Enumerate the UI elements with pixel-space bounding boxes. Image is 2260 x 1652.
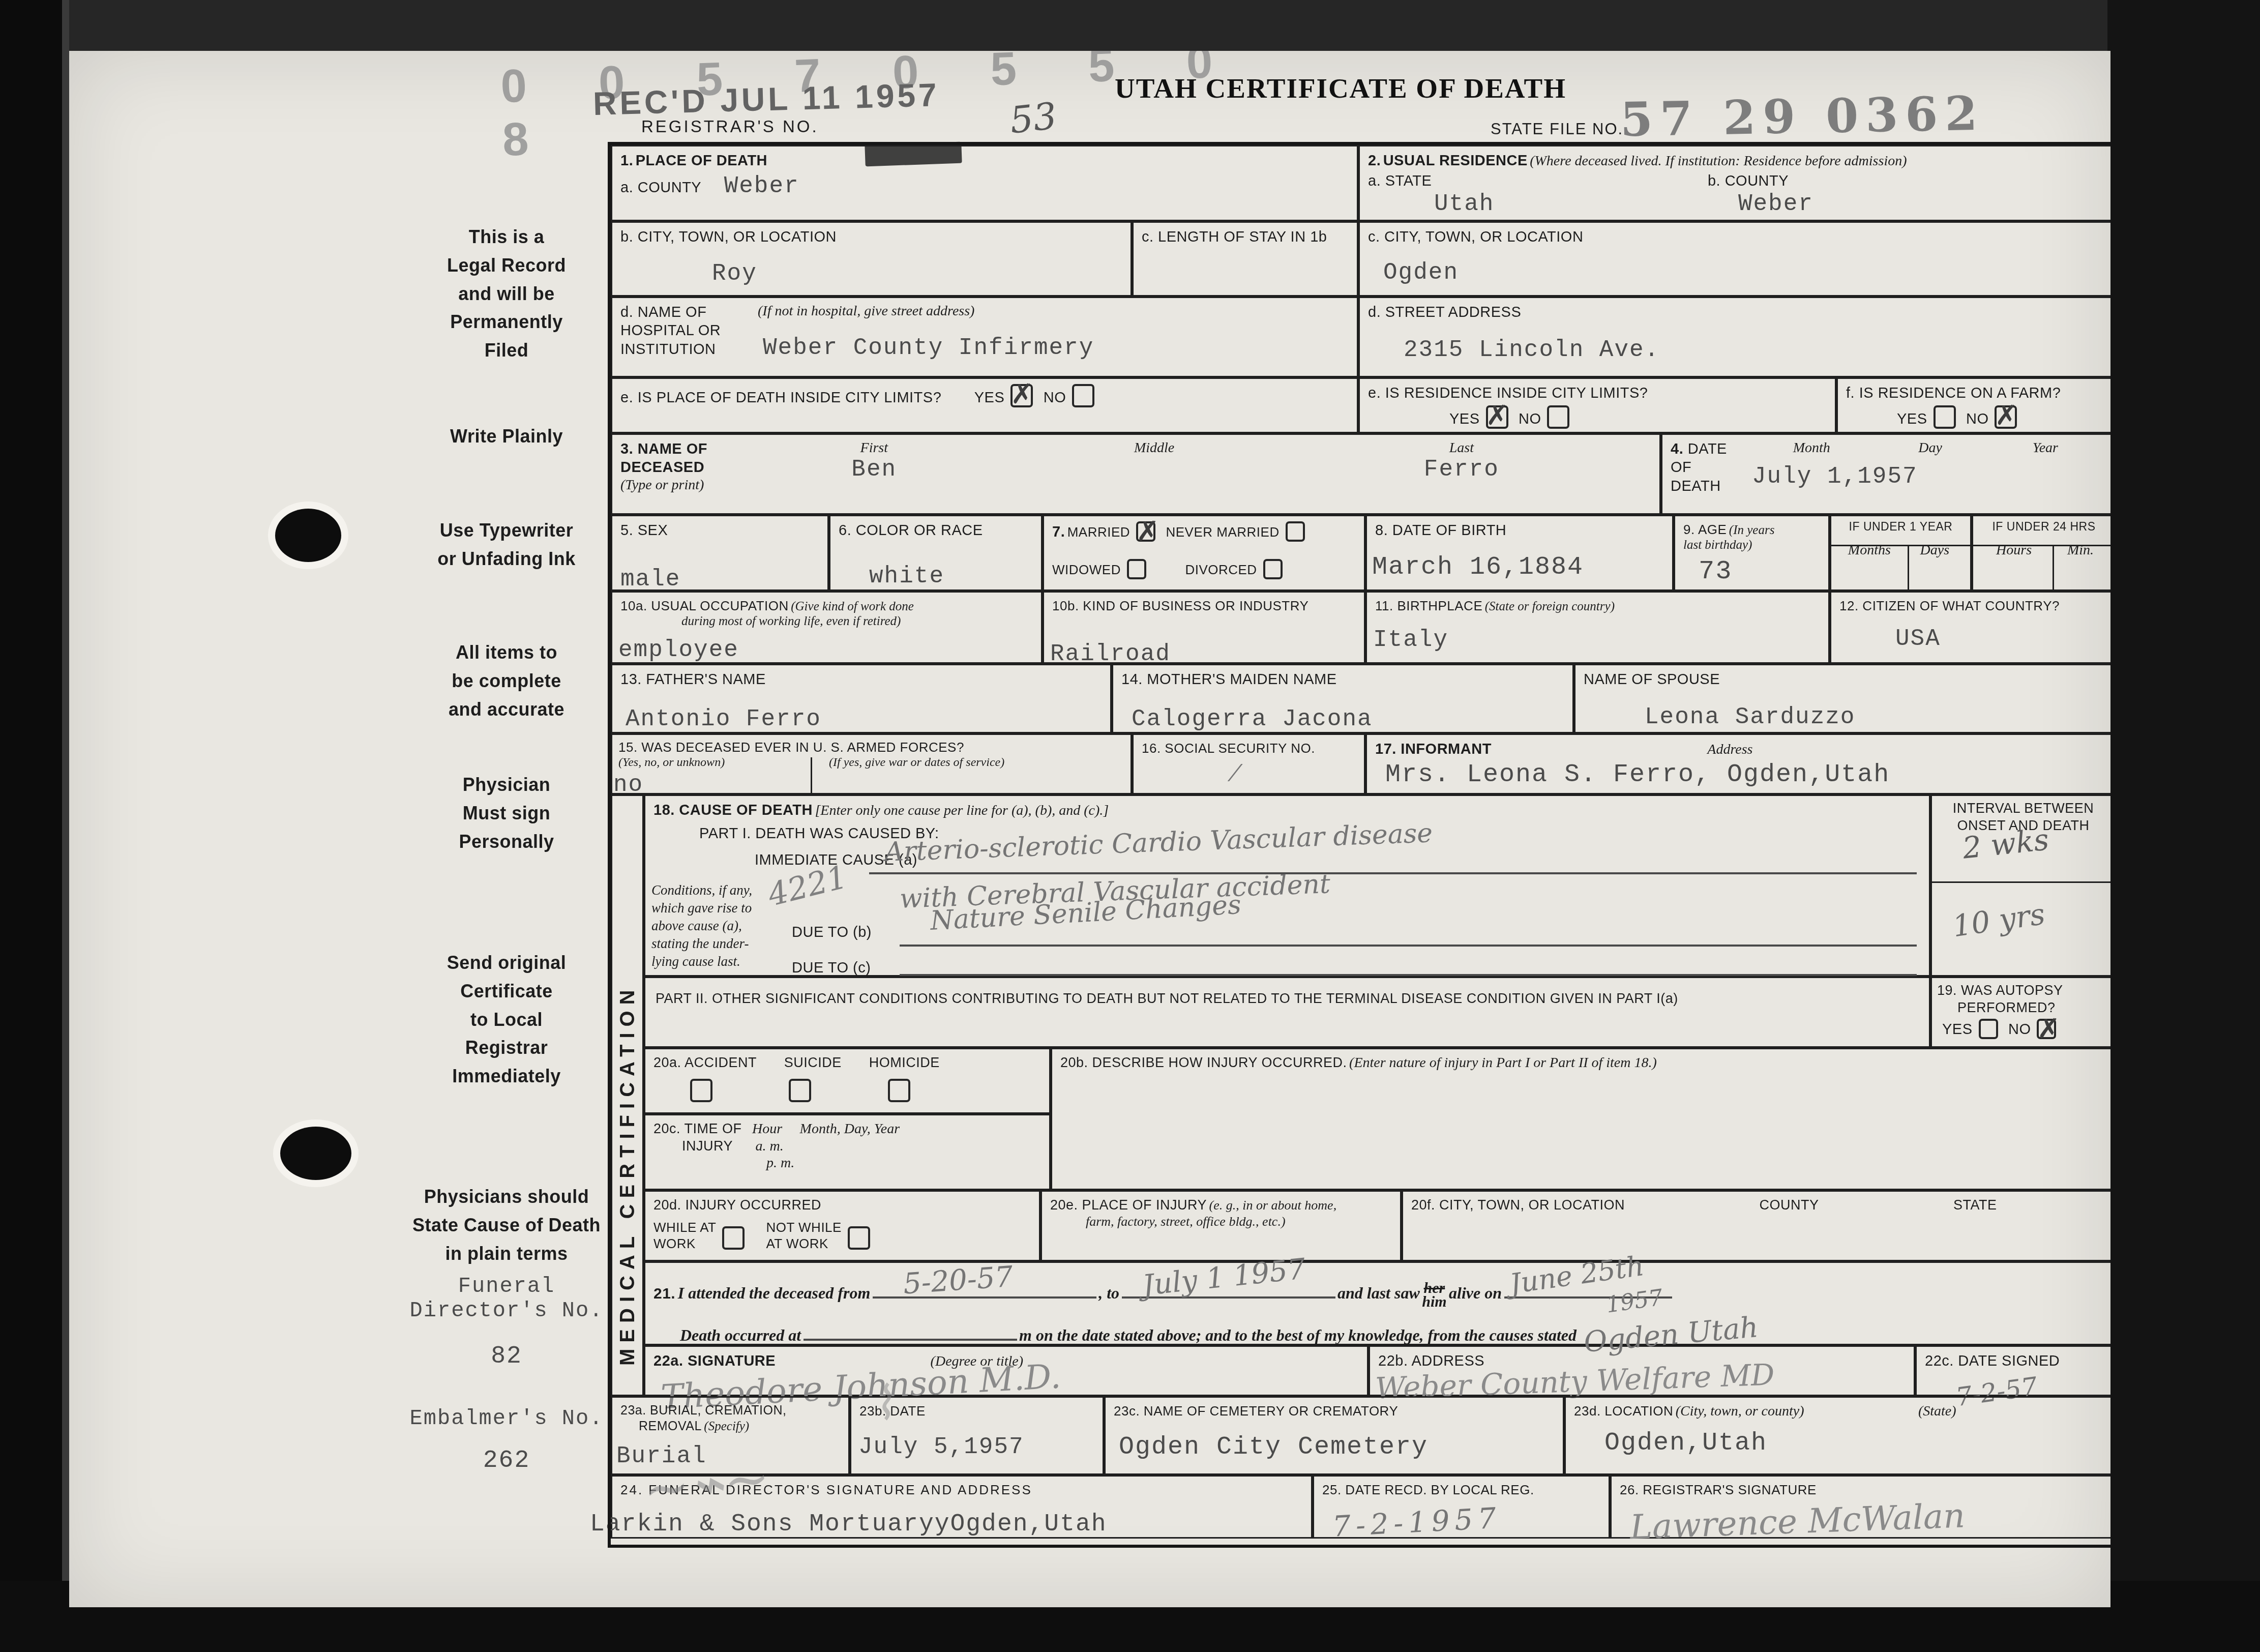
field-23d-value: Ogden,Utah [1604,1429,2106,1458]
year-label: Year [1984,440,2106,456]
yes-label: YES [1449,411,1480,427]
field-2f-yes-checkbox [1934,405,1956,429]
field-20e-label: 20e. PLACE OF INJURY [1050,1197,1207,1213]
field-20d-injury-occurred: 20d. INJURY OCCURRED WHILE ATWORK NOT WH… [644,1190,1040,1261]
field-20c-time-of-injury: 20c. TIME OF Hour Month, Day, Year INJUR… [644,1114,1051,1190]
field-4-label: DEATH [1671,478,1721,494]
suicide-label: SUICIDE [784,1055,842,1070]
scanned-death-certificate: 0 0 5 7 0 5 5 0 8 REC'D JUL 11 1957 REGI… [0,0,2260,1652]
scan-right-black-band [2107,0,2260,1652]
field-23d-note: (City, town, or county) [1676,1403,1804,1419]
field-21-attended: 21. I attended the deceased from 5-20-57… [644,1261,2110,1345]
field-5-value: male [620,566,819,593]
medical-certification-strip: MEDICAL CERTIFICATION [611,794,644,1396]
margin-line: Personally [364,828,649,856]
field-1a-label: a. COUNTY [620,180,701,196]
margin-line: Funeral [364,1274,649,1299]
last-label: Last [1449,440,1474,456]
margin-line: and accurate [364,695,649,724]
field-20e-note: farm, factory, street, office bldg., etc… [1086,1214,1286,1229]
not-while-at-work-label: AT WORK [766,1236,828,1251]
field-1-title: PLACE OF DEATH [636,153,767,169]
conditions-note: stating the under- [651,935,752,953]
field-20d-label: 20d. INJURY OCCURRED [653,1197,821,1213]
field-14-mother: 14. MOTHER'S MAIDEN NAME Calogerra Jacon… [1112,664,1574,733]
margin-line: Must sign [364,799,649,828]
field-9-label: 9. AGE [1683,522,1727,537]
field-25-date-received: 25. DATE RECD. BY LOCAL REG. 7-2-1957 [1313,1475,1610,1539]
interval-label: INTERVAL BETWEEN [1937,800,2109,817]
field-8-date-of-birth: 8. DATE OF BIRTH March 16,1884 [1365,515,1674,591]
due-to-c-label: DUE TO (c) [792,959,871,977]
accident-checkbox [690,1079,712,1102]
margin-line: All items to [364,638,649,667]
margin-line: This is a [364,223,649,251]
county-label: COUNTY [1760,1197,1819,1213]
field-1b-value: Roy [712,260,1122,287]
scan-left-black-band [0,0,62,1652]
conditions-note: above cause (a), [651,917,752,935]
field-11-note: (State or foreign country) [1485,600,1615,613]
field-1a-value: Weber [724,173,799,199]
middle-label: Middle [1134,440,1174,456]
margin-line: Permanently [364,308,649,336]
field-number: 4. [1671,441,1683,457]
specify-note: (Specify) [704,1420,749,1433]
accident-label: ACCIDENT [685,1055,757,1070]
field-8-label: 8. DATE OF BIRTH [1375,522,1506,539]
married-checkbox [1136,521,1155,542]
field-1c-length-of-stay: c. LENGTH OF STAY IN 1b [1132,221,1358,297]
field-1e-city-limits: e. IS PLACE OF DEATH INSIDE CITY LIMITS?… [611,377,1358,433]
margin-line: Certificate [364,977,649,1006]
punch-hole-top [275,509,341,562]
yes-label: YES [1897,411,1927,427]
field-3-label: NAME OF [638,441,707,457]
field-20f-label: 20f. CITY, TOWN, OR LOCATION [1411,1197,1625,1213]
widowed-checkbox [1127,559,1146,579]
margin-note-physician-sign: Physician Must sign Personally [364,771,649,855]
field-20c-label2: INJURY [682,1138,733,1154]
field-19-label: 19. WAS AUTOPSY [1937,983,2063,998]
field-2d-value: 2315 Lincoln Ave. [1404,337,2106,363]
margin-line: Filed [364,336,649,365]
scan-left-edge-line [62,0,69,1652]
death-occurred-text2: m on the date stated above; and to the b… [1019,1326,1577,1344]
field-23c-label: 23c. NAME OF CEMETERY OR CREMATORY [1114,1403,1398,1419]
field-2c-label: c. CITY, TOWN, OR LOCATION [1368,229,1583,245]
field-3-last-value: Ferro [1424,456,1499,483]
field-1e-label: e. IS PLACE OF DEATH INSIDE CITY LIMITS? [620,390,941,406]
due-to-b-label: DUE TO (b) [792,923,872,941]
field-15-note2: (If yes, give war or dates of service) [829,756,1004,769]
field-3-label: DECEASED [620,458,748,477]
margin-note-legal-record: This is a Legal Record and will be Perma… [364,223,649,365]
margin-note-write-plainly: Write Plainly [364,425,649,448]
field-12-label: 12. CITIZEN OF WHAT COUNTRY? [1839,598,2060,613]
him-word: him [1422,1293,1446,1310]
field-2f-farm: f. IS RESIDENCE ON A FARM? YES NO [1836,377,2110,433]
widowed-label: WIDOWED [1052,562,1121,577]
field-11-value: Italy [1373,627,1820,653]
field-1a-county: 1. PLACE OF DEATH a. COUNTY Weber [611,145,1358,221]
field-2f-no-checkbox [1995,405,2017,429]
field-17-informant: 17. INFORMANT Address Mrs. Leona S. Ferr… [1365,733,2110,794]
margin-line: Director's No. [364,1299,649,1323]
field-10b-label: 10b. KIND OF BUSINESS OR INDUSTRY [1052,598,1309,613]
field-22c-date-signed: 22c. DATE SIGNED 7-2-57 [1915,1345,2110,1396]
page-title: UTAH CERTIFICATE OF DEATH [1086,72,1595,104]
field-15-note1: (Yes, no, or unknown) [618,756,725,769]
field-number: 3. [620,441,633,457]
field-11-birthplace: 11. BIRTHPLACE (State or foreign country… [1365,591,1830,664]
field-4-date-of-death: 4. DATE OF DEATH Month Day Year July 1,1… [1661,433,2110,515]
margin-line: and will be [364,280,649,308]
field-23d-label: 23d. LOCATION [1574,1403,1673,1419]
field-19-autopsy: 19. WAS AUTOPSY PERFORMED? YES NO [1930,977,2110,1048]
field-1d-label: INSTITUTION [620,340,742,359]
field-5-sex: 5. SEX male [611,515,829,591]
field-20f-city-county-state: 20f. CITY, TOWN, OR LOCATION COUNTY STAT… [1402,1190,2110,1261]
field-2c-value: Ogden [1383,259,2106,286]
field-26-label: 26. REGISTRAR'S SIGNATURE [1620,1482,1817,1497]
field-15-armed-forces: 15. WAS DECEASED EVER IN U. S. ARMED FOR… [611,733,1132,794]
attended-text: , to [1098,1284,1119,1302]
margin-line: Send original [364,949,649,977]
field-9-under-24-hrs: IF UNDER 24 HRS Hours Min. [1972,515,2110,591]
no-label: NO [2008,1021,2031,1038]
field-23a-label: 23a. BURIAL, CREMATION, [620,1403,786,1418]
no-label: NO [1966,411,1989,427]
field-9-age: 9. AGE (In years last birthday) 73 [1674,515,1830,591]
field-2a-value: Utah [1434,191,1494,217]
field-16-label: 16. SOCIAL SECURITY NO. [1142,741,1315,756]
field-number: 1. [620,153,633,169]
field-15-value: no [613,772,817,798]
pm-label: p. m. [766,1155,794,1171]
field-2c-city: c. CITY, TOWN, OR LOCATION Ogden [1358,221,2110,297]
field-2e-yes-checkbox [1486,405,1508,429]
field-2f-label: f. IS RESIDENCE ON A FARM? [1846,385,2061,401]
field-20e-place-of-injury: 20e. PLACE OF INJURY (e. g., in or about… [1040,1190,1402,1261]
field-number: 2. [1368,153,1381,169]
not-while-at-work-label: NOT WHILE [766,1220,841,1235]
field-9-value: 73 [1699,556,1820,586]
field-6-value: white [869,563,1033,589]
field-15-label: 15. WAS DECEASED EVER IN U. S. ARMED FOR… [618,740,964,755]
field-23d-location: 23d. LOCATION (City, town, or county) (S… [1564,1396,2110,1475]
medical-certification-label: MEDICAL CERTIFICATION [616,827,639,1366]
field-2e-no-checkbox [1547,405,1569,429]
registrars-no-value: 53 [1008,94,1059,141]
field-18-cause-of-death: 18. CAUSE OF DEATH [Enter only one cause… [644,794,1930,977]
while-at-work-label: WORK [653,1236,696,1251]
field-2-title: USUAL RESIDENCE [1383,153,1528,169]
margin-line: Physician [364,771,649,799]
field-5-label: 5. SEX [620,522,668,539]
field-10a-occupation: 10a. USUAL OCCUPATION (Give kind of work… [611,591,1043,664]
margin-line: to Local [364,1006,649,1034]
field-number: 7. [1052,524,1065,540]
field-19-no-checkbox [2037,1019,2056,1039]
hour-label: Hour [752,1121,782,1137]
field-1d-hospital: d. NAME OF HOSPITAL OR INSTITUTION (If n… [611,297,1358,377]
field-3-name-of-deceased: 3. NAME OF DECEASED (Type or print) Firs… [611,433,1661,515]
yes-label: YES [1942,1021,1973,1038]
field-7-marital-status: 7. MARRIED NEVER MARRIED WIDOWED DIVORCE… [1043,515,1365,591]
field-18-note: [Enter only one cause per line for (a), … [815,803,1109,818]
no-label: NO [1044,390,1066,406]
field-8-value: March 16,1884 [1372,553,1664,582]
last-seen-year: 1957 [1604,1284,1664,1318]
divorced-label: DIVORCED [1185,562,1257,577]
field-19-yes-checkbox [1979,1019,1998,1039]
field-2d-street: d. STREET ADDRESS 2315 Lincoln Ave. [1358,297,2110,377]
field-22c-label: 22c. DATE SIGNED [1925,1353,2060,1369]
field-3-first-value: Ben [851,456,897,483]
field-18-label: 18. CAUSE OF DEATH [653,802,813,818]
field-12-value: USA [1895,626,2106,652]
field-25-value: 7-2-1957 [1332,1496,1601,1543]
field-1d-label: d. NAME OF [620,303,742,321]
registrar-signature-value: Lawrence McWalan [1629,1491,2107,1547]
field-spouse: NAME OF SPOUSE Leona Sarduzzo [1574,664,2110,733]
field-3-note: (Type or print) [620,477,748,493]
field-4-value: July 1,1957 [1752,463,2106,490]
field-4-label: OF [1671,459,1691,476]
field-6-color-race: 6. COLOR OR RACE white [829,515,1043,591]
part2-conditions: PART II. OTHER SIGNIFICANT CONDITIONS CO… [644,977,1930,1048]
field-14-value: Calogerra Jacona [1132,706,1564,732]
field-13-label: 13. FATHER'S NAME [620,671,766,688]
field-23b-date: 23b. DATE July 5,1957 ⌇ [850,1396,1104,1475]
state-note: (State) [1918,1403,1956,1419]
margin-line: Immediately [364,1062,649,1090]
field-1d-value: Weber County Infirmery [763,335,1349,361]
conditions-note: lying cause last. [651,953,752,970]
first-label: First [860,440,888,456]
no-label: NO [1519,411,1541,427]
address-label: Address [1707,742,1752,757]
state-label: STATE [1953,1197,1997,1213]
field-23c-cemetery: 23c. NAME OF CEMETERY OR CREMATORY Ogden… [1104,1396,1564,1475]
field-17-label: 17. INFORMANT [1375,741,1492,757]
field-20b-label: 20b. DESCRIBE HOW INJURY OCCURRED. [1060,1055,1347,1070]
registrars-no-label: REGISTRAR'S NO. [641,116,819,137]
never-married-checkbox [1286,521,1305,542]
attended-text: and last saw [1337,1284,1420,1302]
state-file-no-label: STATE FILE NO. [1491,120,1623,139]
state-file-no-value: 57 29 0362 [1620,86,1985,147]
margin-note-complete: All items to be complete and accurate [364,638,649,723]
interval-column: INTERVAL BETWEEN ONSET AND DEATH 2 wks 1… [1930,794,2110,977]
funeral-directors-no-value: 82 [364,1343,649,1370]
field-22b-address: 22b. ADDRESS Ogden Utah Weber County Wel… [1369,1345,1915,1396]
field-10b-industry: 10b. KIND OF BUSINESS OR INDUSTRY Railro… [1043,591,1365,664]
field-20a-accident-suicide-homicide: 20a. ACCIDENT SUICIDE HOMICIDE [644,1048,1051,1114]
field-16-ssn: 16. SOCIAL SECURITY NO. ⁄ [1132,733,1365,794]
field-1b-label: b. CITY, TOWN, OR LOCATION [620,229,837,245]
margin-line: be complete [364,667,649,695]
field-23a-label2: REMOVAL [639,1419,702,1433]
certificate-paper: 0 0 5 7 0 5 5 0 8 REC'D JUL 11 1957 REGI… [69,51,2110,1607]
field-9-note: last birthday) [1683,538,1752,552]
field-22a-label: 22a. SIGNATURE [653,1353,776,1369]
field-10a-label: 10a. USUAL OCCUPATION [620,598,789,613]
field-9-note: (In years [1729,523,1775,537]
part2-label: PART II. OTHER SIGNIFICANT CONDITIONS CO… [656,990,1921,1008]
field-2e-label: e. IS RESIDENCE INSIDE CITY LIMITS? [1368,385,1648,401]
suicide-checkbox [789,1079,811,1102]
field-10b-value: Railroad [1050,641,1356,667]
field-2b-label: b. COUNTY [1708,173,1789,189]
field-2-residence: 2. USUAL RESIDENCE (Where deceased lived… [1358,145,2110,221]
field-23b-value: July 5,1957 [858,1434,1094,1460]
conditions-note: Conditions, if any, [651,881,752,899]
field-14-label: 14. MOTHER'S MAIDEN NAME [1121,671,1337,688]
spouse-value: Leona Sarduzzo [1645,704,2106,730]
death-occurred-text: Death occurred at [680,1326,801,1344]
not-while-at-work-checkbox [848,1226,870,1250]
field-23c-value: Ogden City Cemetery [1119,1433,1555,1462]
funeral-directors-no-label: Funeral Director's No. [364,1274,649,1323]
day-label: Day [1877,440,1984,456]
under-1-year-label: IF UNDER 1 YEAR [1835,519,1966,534]
month-label: Month [1747,440,1877,456]
while-at-work-checkbox [722,1226,745,1250]
margin-note-send-original: Send original Certificate to Local Regis… [364,949,649,1090]
field-22b-label: 22b. ADDRESS [1378,1353,1484,1369]
field-24-funeral-director: 24. FUNERAL DIRECTOR'S SIGNATURE AND ADD… [611,1475,1313,1539]
margin-line: Legal Record [364,251,649,280]
field-1b-city: b. CITY, TOWN, OR LOCATION Roy [611,221,1132,297]
divorced-checkbox [1263,559,1283,579]
am-label: a. m. [755,1138,783,1154]
punch-hole-bottom [280,1127,351,1180]
field-1c-label: c. LENGTH OF STAY IN 1b [1142,229,1327,245]
field-2-note: (Where deceased lived. If institution: R… [1530,153,1907,169]
field-2b-value: Weber [1738,191,1813,217]
while-at-work-label: WHILE AT [653,1220,716,1235]
spouse-label: NAME OF SPOUSE [1584,671,1720,688]
field-10a-note: (Give kind of work done [791,600,914,613]
funeral-director-signature-scribble: ∼⌁∼ [640,1444,774,1522]
field-4-label: DATE [1688,441,1727,457]
field-2d-label: d. STREET ADDRESS [1368,304,1521,320]
married-label: MARRIED [1067,524,1130,540]
field-1d-label: HOSPITAL OR [620,321,742,340]
field-20b-describe-injury: 20b. DESCRIBE HOW INJURY OCCURRED. (Ente… [1051,1048,2110,1190]
field-1e-yes-checkbox [1010,384,1033,407]
field-2e-city-limits: e. IS RESIDENCE INSIDE CITY LIMITS? YES … [1358,377,1836,433]
margin-line: Registrar [364,1034,649,1062]
field-20c-label: 20c. TIME OF [653,1121,742,1136]
interval-b-value: 10 yrs [1950,897,2047,944]
month-day-year-label: Month, Day, Year [800,1121,900,1137]
homicide-label: HOMICIDE [869,1055,940,1070]
field-26-registrar-signature: 26. REGISTRAR'S SIGNATURE Lawrence McWal… [1610,1475,2110,1539]
embalmers-no-value: 262 [364,1447,649,1474]
attended-text: I attended the deceased from [678,1284,871,1302]
field-9-under-1-year: IF UNDER 1 YEAR Months Days [1830,515,1972,591]
field-22a-signature: 22a. SIGNATURE (Degree or title) Theodor… [644,1345,1369,1396]
conditions-note: which gave rise to [651,899,752,917]
field-20e-note: (e. g., in or about home, [1209,1198,1337,1213]
field-25-label: 25. DATE RECD. BY LOCAL REG. [1322,1482,1534,1497]
field-1e-no-checkbox [1072,384,1094,407]
yes-label: YES [974,390,1005,406]
field-1d-note: (If not in hospital, give street address… [758,303,974,319]
field-6-label: 6. COLOR OR RACE [839,522,983,539]
field-11-label: 11. BIRTHPLACE [1375,598,1482,613]
field-2a-label: a. STATE [1368,173,1432,189]
field-13-father: 13. FATHER'S NAME Antonio Ferro [611,664,1112,733]
field-12-citizen: 12. CITIZEN OF WHAT COUNTRY? USA [1830,591,2110,664]
attended-from-date: 5-20-57 [902,1260,1014,1301]
field-number: 21. [653,1285,675,1302]
field-10a-value: employee [618,637,1033,663]
homicide-checkbox [888,1079,910,1102]
attended-text: alive on [1449,1284,1502,1302]
under-24-hrs-label: IF UNDER 24 HRS [1977,519,2110,534]
field-10a-note: during most of working life, even if ret… [681,614,901,628]
never-married-label: NEVER MARRIED [1166,524,1280,540]
field-number: 20a. [653,1055,681,1070]
field-17-value: Mrs. Leona S. Ferro, Ogden,Utah [1385,760,2106,789]
field-20b-note: (Enter nature of injury in Part I or Par… [1349,1055,1657,1071]
field-13-value: Antonio Ferro [626,706,1102,732]
